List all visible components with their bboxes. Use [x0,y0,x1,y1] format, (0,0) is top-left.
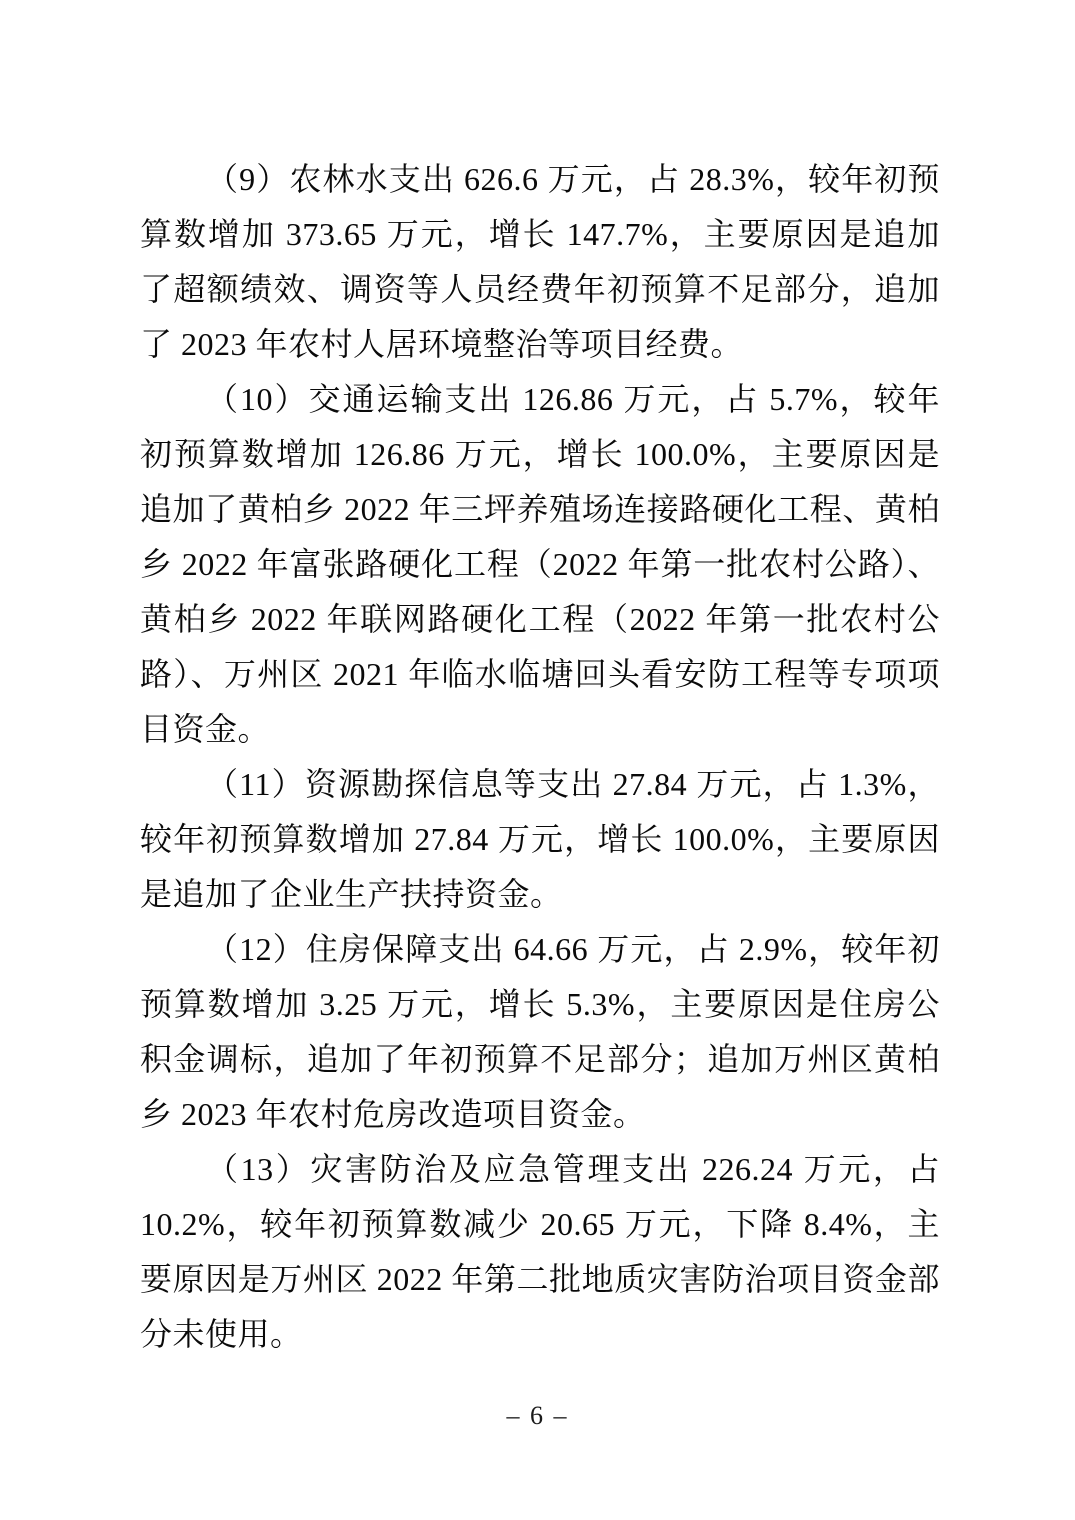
paragraph-item-13: （13）灾害防治及应急管理支出 226.24 万元，占 10.2%，较年初预算数… [140,1142,940,1362]
document-page: （9）农林水支出 626.6 万元，占 28.3%，较年初预算数增加 373.6… [0,0,1075,1520]
paragraph-item-12: （12）住房保障支出 64.66 万元，占 2.9%，较年初预算数增加 3.25… [140,922,940,1142]
paragraph-item-10: （10）交通运输支出 126.86 万元，占 5.7%，较年初预算数增加 126… [140,372,940,757]
page-number: – 6 – [0,1398,1075,1434]
document-body: （9）农林水支出 626.6 万元，占 28.3%，较年初预算数增加 373.6… [140,152,940,1362]
paragraph-item-9: （9）农林水支出 626.6 万元，占 28.3%，较年初预算数增加 373.6… [140,152,940,372]
paragraph-item-11: （11）资源勘探信息等支出 27.84 万元，占 1.3%，较年初预算数增加 2… [140,757,940,922]
